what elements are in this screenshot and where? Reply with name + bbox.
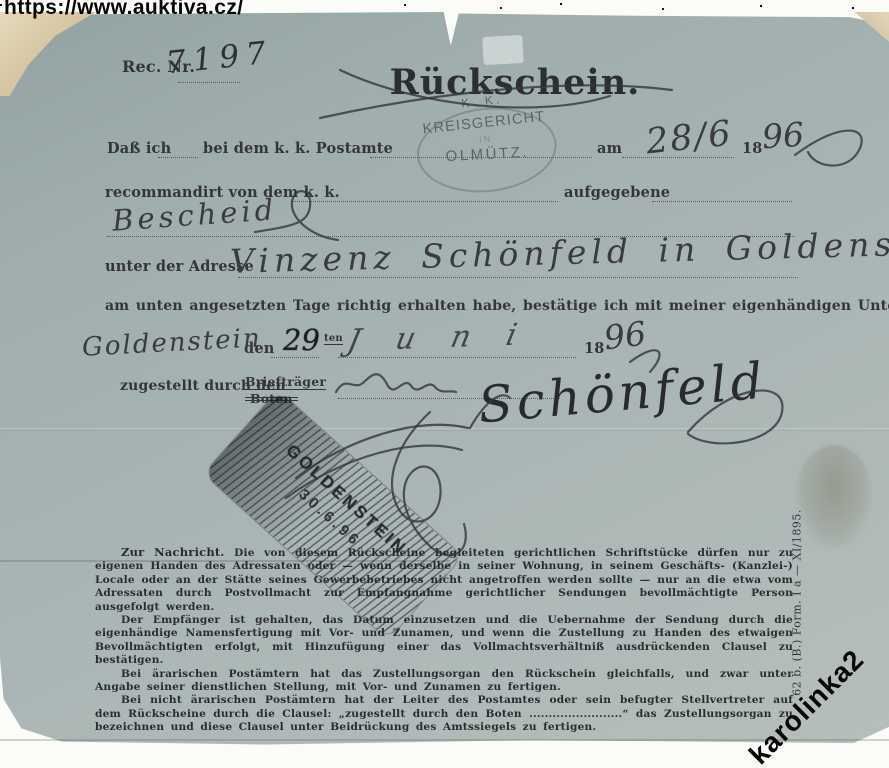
- rec-number-dotted-line: [178, 82, 240, 83]
- label-year2-18: 18: [584, 340, 605, 357]
- blank-line: [271, 357, 319, 358]
- fold-crease: [0, 428, 889, 431]
- form-number-vertical: 62 b. (B.) Form. I a — XI/1895.: [791, 498, 804, 708]
- blank-line: [652, 201, 792, 202]
- court-oval-stamp: K. K. KREISGERICHT IN OLMÜTZ.: [411, 85, 561, 199]
- handwritten-year: 96: [761, 115, 806, 157]
- dust-specks: [0, 4, 2, 6]
- label-ten-suffix: ten: [324, 333, 343, 345]
- notice-paragraph-4: Bei nicht ärarischen Postämtern hat der …: [95, 694, 793, 734]
- handwritten-day: 29: [283, 323, 320, 357]
- blank-line: [292, 201, 558, 202]
- handwritten-year2: 96: [602, 314, 648, 358]
- label-dass-ich: Daß ich: [107, 140, 171, 157]
- handwritten-month: Juni: [344, 316, 556, 358]
- notice-heading: Zur Nachricht.: [121, 545, 225, 559]
- label-year-18: 18: [742, 140, 763, 157]
- label-am: am: [597, 140, 622, 157]
- printed-confirmation-sentence: am unten angesetzten Tage richtig erhalt…: [105, 298, 889, 314]
- notice-paragraph-3: Bei ärarischen Postämtern hat das Zustel…: [95, 668, 793, 695]
- tape-patch: [482, 35, 523, 65]
- scanned-return-receipt: https://www.auktiva.cz/ Rec. Nr. 7197 Rü…: [0, 0, 889, 768]
- notice-paragraph-2: Der Empfänger ist gehalten, das Datum ei…: [95, 614, 793, 668]
- label-aufgegebene: aufgegebene: [564, 184, 670, 201]
- label-postamte: bei dem k. k. Postamte: [203, 140, 393, 157]
- blank-line: [158, 157, 198, 158]
- label-brieftraeger: Briefträger: [245, 374, 326, 390]
- auction-site-watermark: https://www.auktiva.cz/: [4, 0, 243, 20]
- paper-stain: [795, 445, 873, 549]
